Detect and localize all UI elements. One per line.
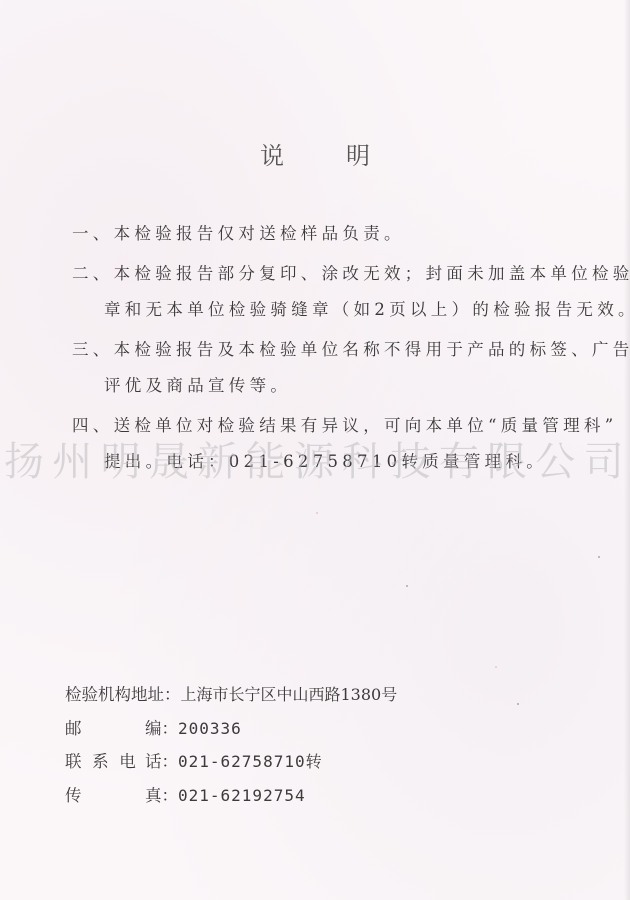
contact-postcode-row: 邮编：200336 [65, 717, 465, 751]
title-char-1: 说 [260, 136, 284, 171]
fax-label-last: 真： [145, 784, 178, 808]
fax-label-first: 传 [65, 784, 145, 808]
address-label: 检验机构地址： [65, 683, 181, 707]
scan-speck [406, 585, 408, 587]
phone-label-spaced: 联系电 [65, 750, 145, 774]
scan-edge-shadow [624, 0, 630, 900]
scanned-document-page: 说明 一、本检验报告仅对送检样品负责。 二、本检验报告部分复印、涂改无效；封面未… [0, 0, 630, 900]
page-title: 说明 [0, 136, 630, 171]
contact-fax-row: 传真：021-62192754 [65, 784, 465, 818]
address-value: 上海市长宁区中山西路1380号 [181, 683, 398, 707]
fax-value: 021-62192754 [178, 784, 306, 808]
scan-speck [316, 512, 318, 514]
clause-1-line-1: 一、本检验报告仅对送检样品负责。 [72, 220, 405, 244]
postcode-label-first: 邮 [65, 717, 145, 741]
postcode-value: 200336 [178, 717, 242, 741]
contact-address-row: 检验机构地址：上海市长宁区中山西路1380号 [65, 683, 465, 717]
contact-phone-row: 联系电话：021-62758710转 [65, 750, 465, 784]
contact-info-block: 检验机构地址：上海市长宁区中山西路1380号 邮编：200336 联系电话：02… [65, 683, 465, 817]
clause-4-line-1: 四、送检单位对检验结果有异议，可向本单位“质量管理科” [72, 412, 617, 436]
phone-label-last: 话： [145, 750, 178, 774]
clause-2-line-1: 二、本检验报告部分复印、涂改无效；封面未加盖本单位检验 [72, 260, 630, 284]
clause-2-line-2: 章和无本单位检验骑缝章（如2页以上）的检验报告无效。 [104, 296, 630, 320]
postcode-label-last: 编： [145, 717, 178, 741]
clause-3-line-2: 评优及商品宣传等。 [104, 372, 291, 396]
clause-4-line-2: 提出。电话：021-62758710转质量管理科。 [104, 448, 547, 472]
scan-speck [495, 666, 497, 668]
title-char-2: 明 [346, 136, 370, 171]
clause-3-line-1: 三、本检验报告及本检验单位名称不得用于产品的标签、广告 [72, 336, 630, 360]
phone-value: 021-62758710转 [178, 750, 323, 774]
scan-speck [517, 703, 519, 705]
scan-speck [598, 556, 600, 558]
